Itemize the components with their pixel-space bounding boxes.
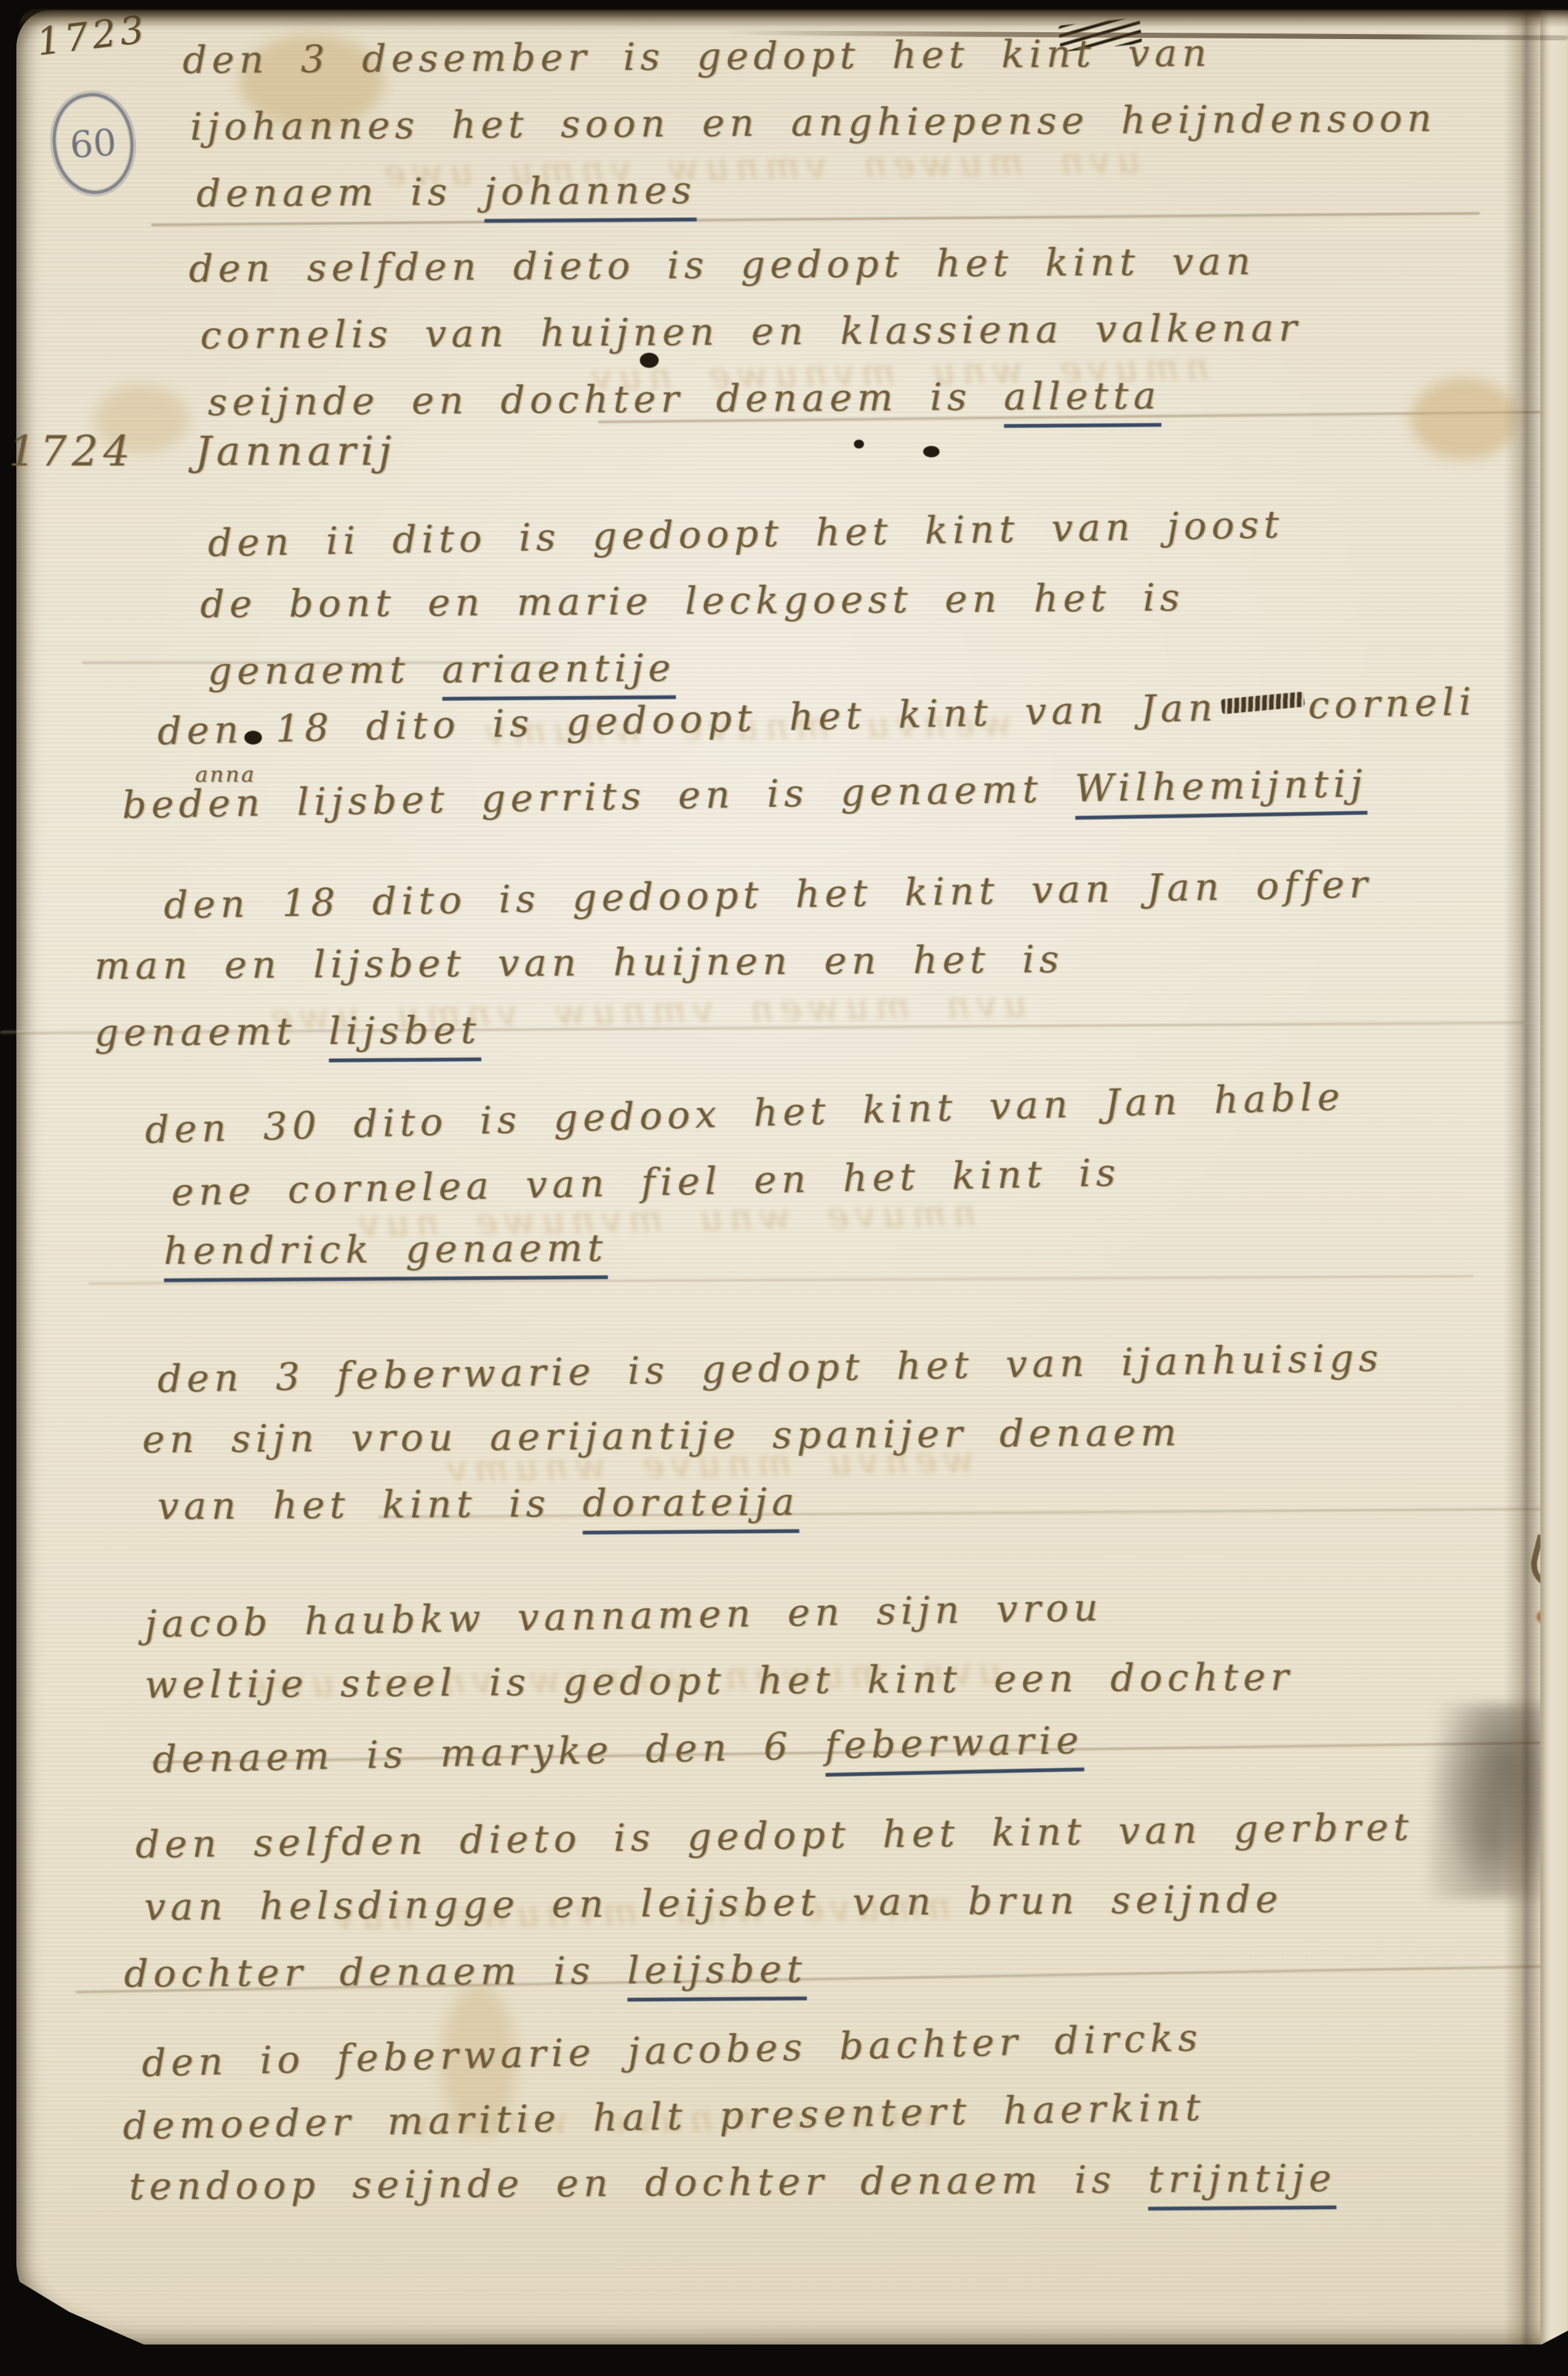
page-top-edge [19, 9, 1568, 28]
gutter-crease [1504, 10, 1540, 2345]
ink-speck [923, 446, 940, 457]
baptism-entry: den 3 desember is gedopt het kint van ij… [183, 23, 1436, 223]
underlined-name: dorateija [582, 1480, 800, 1534]
stain [1411, 378, 1518, 460]
year-header-year: 1724 [9, 418, 135, 485]
entry-line: van het kint is dorateija [157, 1465, 1383, 1540]
entry-line: denaem is johannes [196, 152, 1437, 227]
underlined-name: trijntije [1148, 2156, 1336, 2210]
ink-speck [854, 440, 864, 448]
baptism-entry: anna den 18 dito is gedoopt het kint van… [157, 683, 1477, 837]
baptism-entry: den ii dito is gedoopt het kint van joos… [208, 501, 1284, 701]
entry-line: den 3 desember is gedopt het kint van [183, 18, 1437, 94]
underlined-name: lijsbet [329, 1008, 481, 1063]
underlined-name: feberwarie [824, 1718, 1084, 1777]
baptism-entry: den selfden dieto is gedopt het kint van… [135, 1803, 1414, 2003]
entry-line: dochter denaem is leijsbet [124, 1932, 1414, 2008]
entry-line: genaemt lijsbet [94, 991, 1373, 1066]
entry-line: man en lijsbet van huijnen en het is [94, 924, 1373, 1000]
page-number: 60 [69, 121, 118, 167]
next-page-edge [1540, 10, 1568, 2345]
baptism-entry: den io feberwarie jacobes bachter dircks… [142, 2016, 1336, 2216]
entry-line: den selfden dieto is gedopt het kint van… [135, 1794, 1414, 1878]
entry-line: van helsdingge en leijsbet van brun seij… [144, 1865, 1414, 1941]
entry-line: den selfden dieto is gedopt het kint van [189, 228, 1302, 302]
baptism-entry: den selfden dieto is gedopt het kint van… [189, 232, 1302, 432]
crossed-out-word [1220, 692, 1305, 714]
underlined-name: leijsbet [627, 1948, 807, 2002]
baptism-entry: den 18 dito is gedoopt het kint van Jan … [94, 862, 1373, 1062]
entry-line: hendrick genaemt [164, 1209, 1345, 1284]
underlined-name: Wilhemijntij [1074, 762, 1368, 820]
underlined-name: johannes [484, 168, 696, 222]
baptism-entry: den 3 feberwarie is gedopt het van ijanh… [157, 1335, 1383, 1536]
underlined-name: hendrick genaemt [164, 1226, 608, 1282]
scanned-page: uvn muwen vmnuw vnmu uwe nmuve wnu mvnuw… [0, 0, 1568, 2376]
underlined-name: alletta [1004, 374, 1161, 428]
entry-line: cornelis van huijnen en klassiena valken… [200, 295, 1302, 369]
baptism-entry: jacob haubkw vannamen en sijn vrou welti… [145, 1581, 1293, 1781]
entry-line: ijohannes het soon en anghiepense heijnd… [190, 85, 1437, 161]
baptism-entry: den 30 dito is gedoox het kint van Jan h… [145, 1080, 1345, 1281]
entry-line: de bont en marie leckgoest en het is [200, 564, 1285, 638]
entry-line: en sijn vrou aerijantije spanijer denaem [142, 1398, 1383, 1473]
entry-line: tendoop seijnde en dochter denaem is tri… [129, 2145, 1337, 2220]
entry-line: seijnde en dochter denaem is alletta [208, 362, 1302, 436]
entry-line: den ii dito is gedoopt het kint van joos… [207, 491, 1285, 577]
